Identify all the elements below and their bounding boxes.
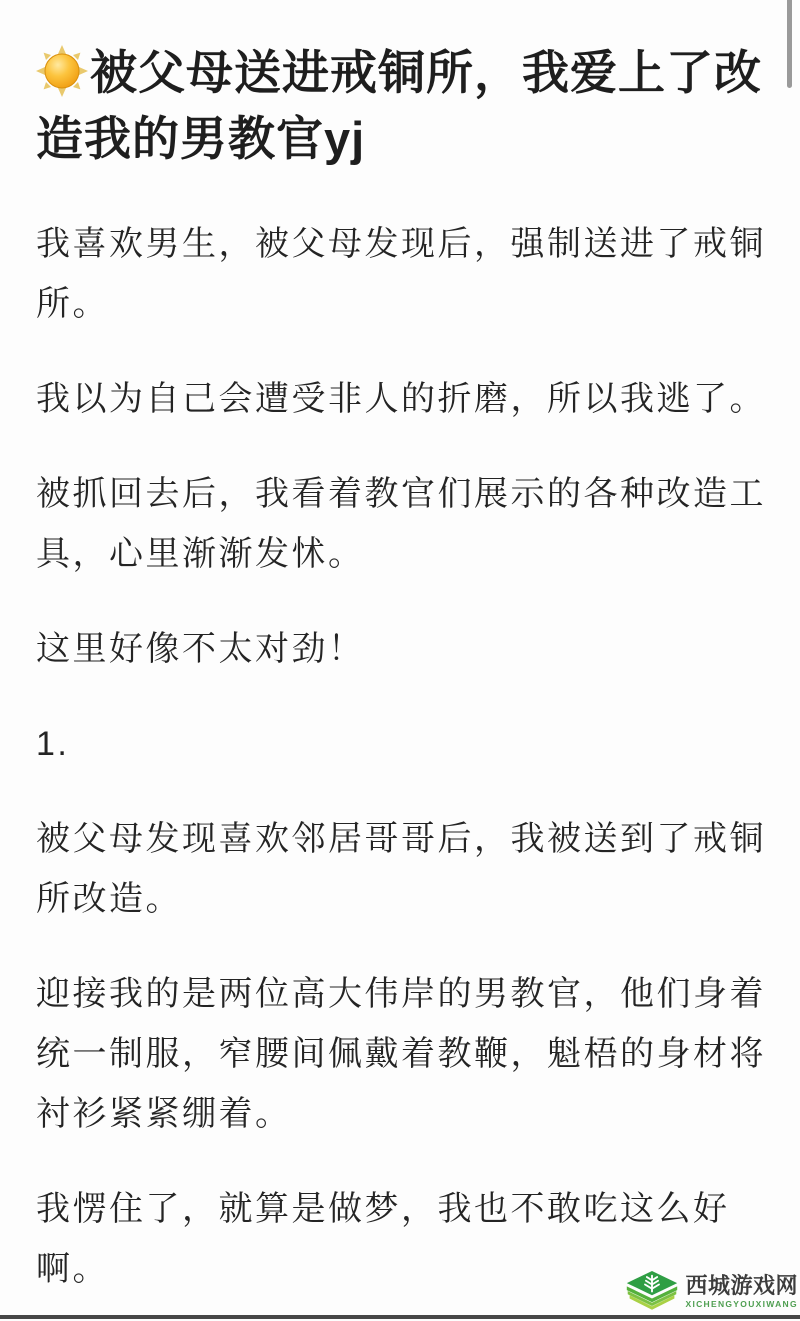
wheat-diamond-logo-icon <box>624 1269 680 1314</box>
site-watermark: 西城游戏网 XICHENGYOUXIWANG <box>624 1269 798 1314</box>
article-title: 被父母送进戒铜所，我爱上了改 造我的男教官yj <box>36 40 766 172</box>
site-name-latin: XICHENGYOUXIWANG <box>685 1299 797 1310</box>
article-title-text: 被父母送进戒铜所，我爱上了改 造我的男教官yj <box>36 46 762 165</box>
paragraph-7: 迎接我的是两位高大伟岸的男教官，他们身着 统一制服，窄腰间佩戴着教鞭，魁梧的身材… <box>36 964 766 1144</box>
paragraph-1: 我喜欢男生，被父母发现后，强制送进了戒铜 所。 <box>36 214 766 334</box>
sun-emoji-icon <box>36 45 88 97</box>
paragraph-6: 被父母发现喜欢邻居哥哥后，我被送到了戒铜 所改造。 <box>36 809 766 929</box>
site-name: 西城游戏网 <box>685 1273 798 1298</box>
article-page: 被父母送进戒铜所，我爱上了改 造我的男教官yj 我喜欢男生，被父母发现后，强制送… <box>0 0 800 1299</box>
scrollbar-thumb[interactable] <box>787 0 792 88</box>
paragraph-4: 这里好像不太对劲！ <box>36 619 766 679</box>
paragraph-5-section-number: 1. <box>36 714 766 774</box>
bottom-divider <box>0 1315 800 1319</box>
paragraph-3: 被抓回去后，我看着教官们展示的各种改造工 具，心里渐渐发怵。 <box>36 464 766 584</box>
paragraph-2: 我以为自己会遭受非人的折磨，所以我逃了。 <box>36 369 766 429</box>
